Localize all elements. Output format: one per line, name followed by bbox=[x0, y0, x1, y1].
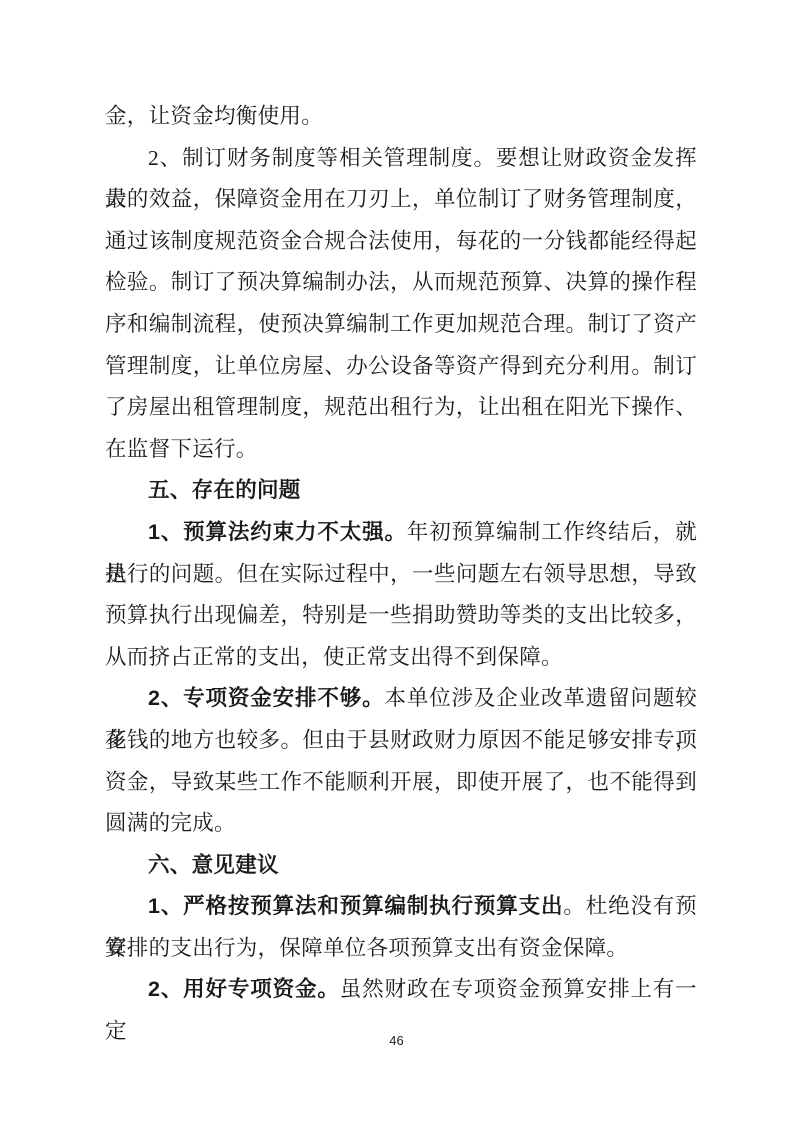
text-segment: 安排的支出行为，保障单位各项预算支出有资金保障。 bbox=[105, 936, 628, 960]
text-line: 2、制订财务制度等相关管理制度。要想让财政资金发挥最 bbox=[105, 138, 697, 180]
text-segment: 检验。制订了预决算编制办法，从而规范预算、决算的操作程 bbox=[105, 270, 697, 294]
document-body: 金，让资金均衡使用。2、制订财务制度等相关管理制度。要想让财政资金发挥最大的效益… bbox=[105, 96, 697, 1011]
text-line: 从而挤占正常的支出，使正常支出得不到保障。 bbox=[105, 637, 697, 679]
text-segment: 大的效益，保障资金用在刀刃上，单位制订了财务管理制度， bbox=[105, 187, 697, 211]
text-line: 资金，导致某些工作不能顺利开展，即使开展了，也不能得到 bbox=[105, 762, 697, 804]
document-page: 金，让资金均衡使用。2、制订财务制度等相关管理制度。要想让财政资金发挥最大的效益… bbox=[0, 0, 793, 1122]
bold-text-segment: 2、专项资金安排不够。 bbox=[148, 686, 384, 710]
text-line: 安排的支出行为，保障单位各项预算支出有资金保障。 bbox=[105, 928, 697, 970]
text-segment: 预算执行出现偏差，特别是一些捐助赞助等类的支出比较多， bbox=[105, 603, 697, 627]
text-segment: 金，让资金均衡使用。 bbox=[105, 104, 323, 128]
text-line: 管理制度，让单位房屋、办公设备等资产得到充分利用。制订 bbox=[105, 346, 697, 388]
text-segment: 通过该制度规范资金合规合法使用，每花的一分钱都能经得起 bbox=[105, 229, 697, 253]
text-segment: 在监督下运行。 bbox=[105, 437, 258, 461]
text-line: 花钱的地方也较多。但由于县财政财力原因不能足够安排专项 bbox=[105, 720, 697, 762]
text-line: 2、专项资金安排不够。本单位涉及企业改革遗留问题较多， bbox=[105, 678, 697, 720]
text-segment: 花钱的地方也较多。但由于县财政财力原因不能足够安排专项 bbox=[105, 728, 697, 752]
text-line: 在监督下运行。 bbox=[105, 429, 697, 471]
bold-text-segment: 五、存在的问题 bbox=[148, 478, 301, 502]
text-line: 金，让资金均衡使用。 bbox=[105, 96, 697, 138]
text-line: 1、预算法约束力不太强。年初预算编制工作终结后，就是 bbox=[105, 512, 697, 554]
text-line: 了房屋出租管理制度，规范出租行为，让出租在阳光下操作、 bbox=[105, 387, 697, 429]
bold-text-segment: 六、意见建议 bbox=[148, 853, 279, 877]
text-segment: 圆满的完成。 bbox=[105, 811, 236, 835]
text-line: 六、意见建议 bbox=[105, 845, 697, 887]
text-line: 2、用好专项资金。虽然财政在专项资金预算安排上有一定 bbox=[105, 969, 697, 1011]
text-line: 圆满的完成。 bbox=[105, 803, 697, 845]
text-segment: 了房屋出租管理制度，规范出租行为，让出租在阳光下操作、 bbox=[105, 395, 697, 419]
text-line: 大的效益，保障资金用在刀刃上，单位制订了财务管理制度， bbox=[105, 179, 697, 221]
bold-text-segment: 2、用好专项资金。 bbox=[148, 977, 340, 1001]
text-segment: 序和编制流程，使预决算编制工作更加规范合理。制订了资产 bbox=[105, 312, 697, 336]
text-segment: 从而挤占正常的支出，使正常支出得不到保障。 bbox=[105, 645, 563, 669]
bold-text-segment: 1、严格按预算法和预算编制执行预算支出 bbox=[148, 894, 563, 918]
text-line: 执行的问题。但在实际过程中，一些问题左右领导思想，导致 bbox=[105, 554, 697, 596]
text-line: 序和编制流程，使预决算编制工作更加规范合理。制订了资产 bbox=[105, 304, 697, 346]
text-segment: 资金，导致某些工作不能顺利开展，即使开展了，也不能得到 bbox=[105, 770, 697, 794]
text-line: 预算执行出现偏差，特别是一些捐助赞助等类的支出比较多， bbox=[105, 595, 697, 637]
text-line: 五、存在的问题 bbox=[105, 470, 697, 512]
text-segment: 执行的问题。但在实际过程中，一些问题左右领导思想，导致 bbox=[105, 562, 697, 586]
text-line: 1、严格按预算法和预算编制执行预算支出。杜绝没有预算 bbox=[105, 886, 697, 928]
text-line: 检验。制订了预决算编制办法，从而规范预算、决算的操作程 bbox=[105, 262, 697, 304]
text-line: 通过该制度规范资金合规合法使用，每花的一分钱都能经得起 bbox=[105, 221, 697, 263]
page-number: 46 bbox=[0, 1032, 793, 1050]
text-segment: 管理制度，让单位房屋、办公设备等资产得到充分利用。制订 bbox=[105, 354, 697, 378]
bold-text-segment: 1、预算法约束力不太强。 bbox=[148, 520, 407, 544]
